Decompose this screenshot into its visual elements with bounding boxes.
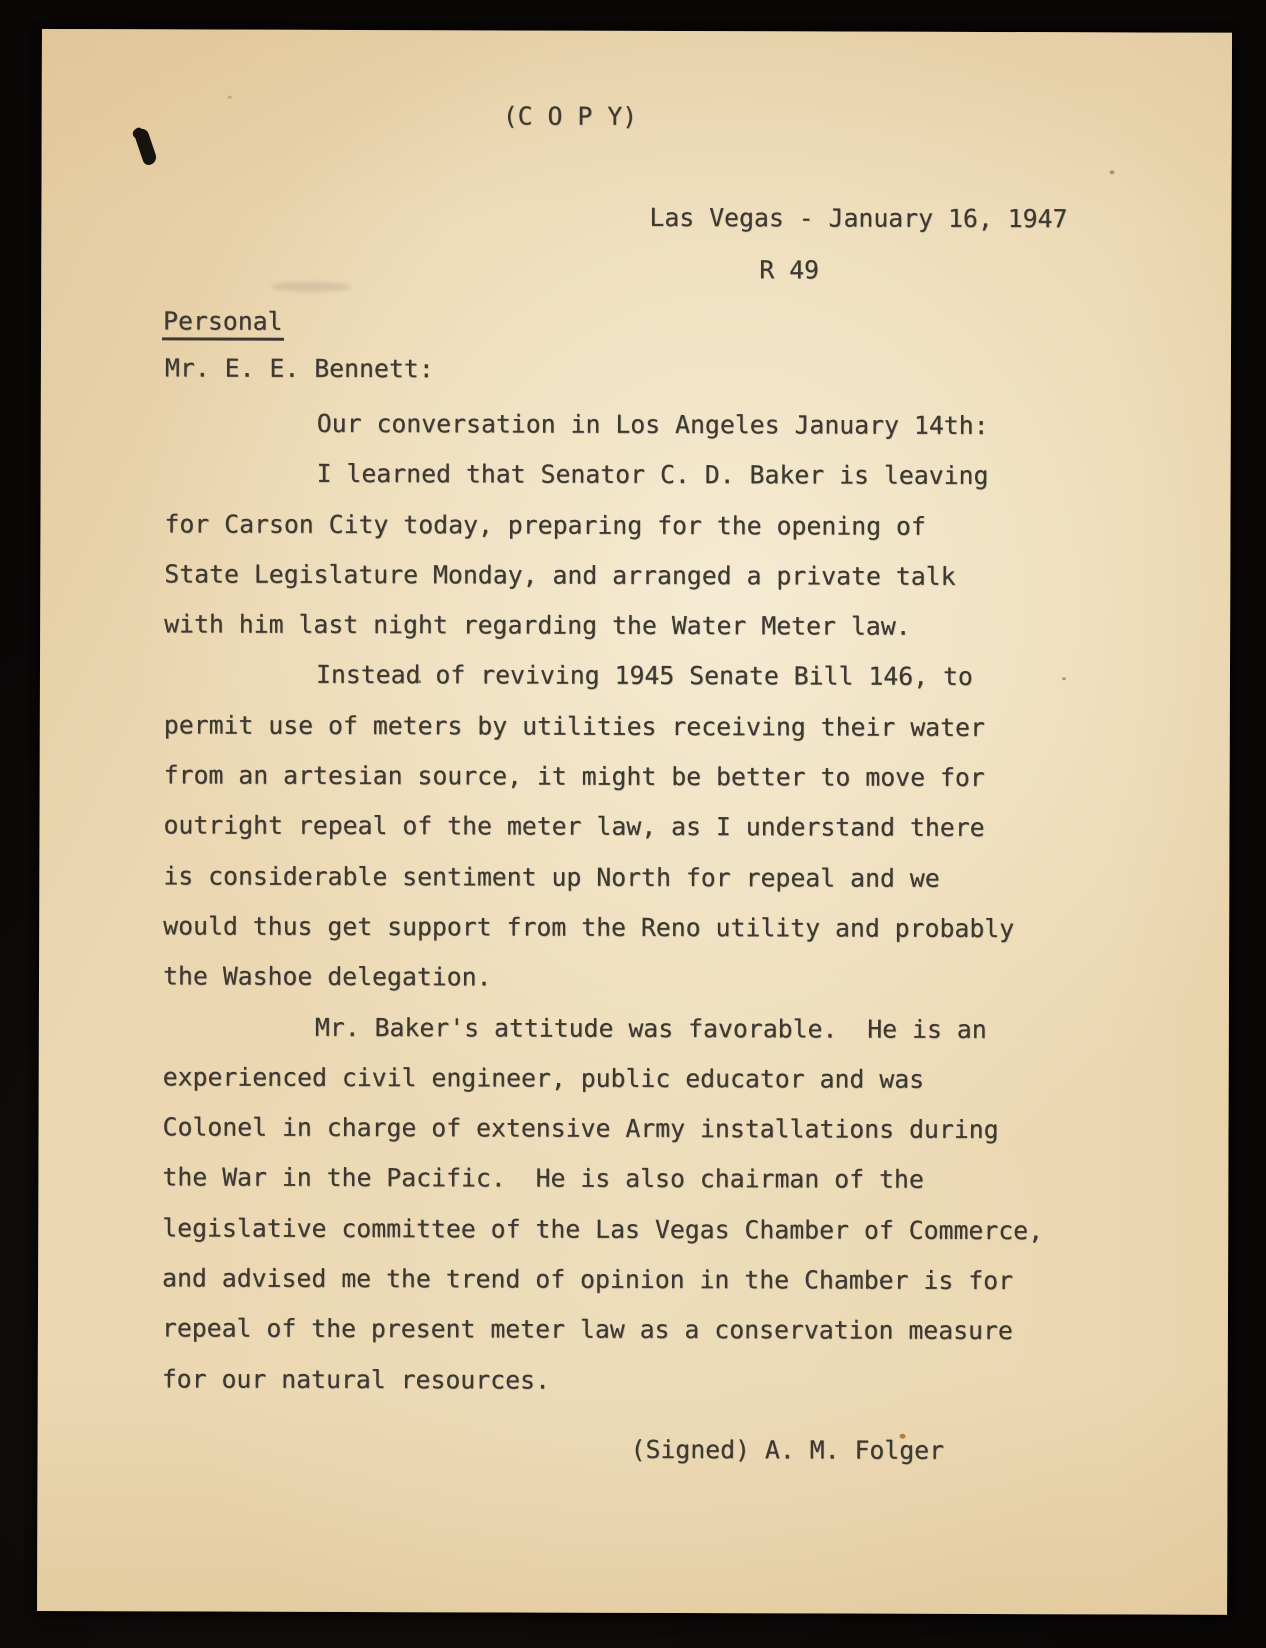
paper-speck [1062, 677, 1066, 680]
letter-line: repeal of the present meter law as a con… [162, 1304, 1043, 1357]
salutation: Mr. E. E. Bennett: [165, 356, 434, 382]
paper-speck [228, 96, 232, 99]
letter-line: would thus get support from the Reno uti… [163, 901, 1044, 954]
letter-line: for Carson City today, preparing for the… [164, 499, 1045, 552]
letter-line: I learned that Senator C. D. Baker is le… [165, 449, 1046, 502]
letter-line: experienced civil engineer, public educa… [163, 1052, 1044, 1105]
copy-label: (C O P Y) [503, 104, 637, 129]
letter-line: is considerable sentiment up North for r… [163, 851, 1044, 904]
reference-number: R 49 [759, 258, 819, 283]
letter-line: Mr. Baker's attitude was favorable. He i… [163, 1002, 1044, 1055]
letter-line: outright repeal of the meter law, as I u… [163, 801, 1044, 854]
letter-line: for our natural resources. [162, 1354, 1043, 1407]
letter-line: Our conversation in Los Angeles January … [165, 398, 1046, 451]
letter-line: the Washoe delegation. [163, 952, 1044, 1005]
letter-line: and advised me the trend of opinion in t… [162, 1253, 1043, 1306]
letter-line: Colonel in charge of extensive Army inst… [162, 1103, 1043, 1156]
letter-page: (C O P Y) Las Vegas - January 16, 1947 R… [37, 29, 1232, 1615]
letter-line: the War in the Pacific. He is also chair… [162, 1153, 1043, 1206]
dateline: Las Vegas - January 16, 1947 [649, 206, 1067, 232]
paper-smudge [271, 282, 351, 292]
signature-line: (Signed) A. M. Folger [630, 1438, 944, 1464]
letter-body: Our conversation in Los Angeles January … [162, 398, 1046, 1407]
letter-line: State Legislature Monday, and arranged a… [164, 549, 1045, 602]
paper-speck [900, 1434, 906, 1439]
paper-speck [1110, 170, 1115, 174]
letter-line: legislative committee of the Las Vegas C… [162, 1203, 1043, 1256]
scan-background: (C O P Y) Las Vegas - January 16, 1947 R… [0, 0, 1266, 1648]
personal-label: Personal [162, 309, 285, 340]
letter-line: with him last night regarding the Water … [164, 600, 1045, 653]
letter-line: Instead of reviving 1945 Senate Bill 146… [164, 650, 1045, 703]
letter-line: from an artesian source, it might be bet… [164, 750, 1045, 803]
letter-line: permit use of meters by utilities receiv… [164, 700, 1045, 753]
paper-speck [418, 680, 421, 683]
